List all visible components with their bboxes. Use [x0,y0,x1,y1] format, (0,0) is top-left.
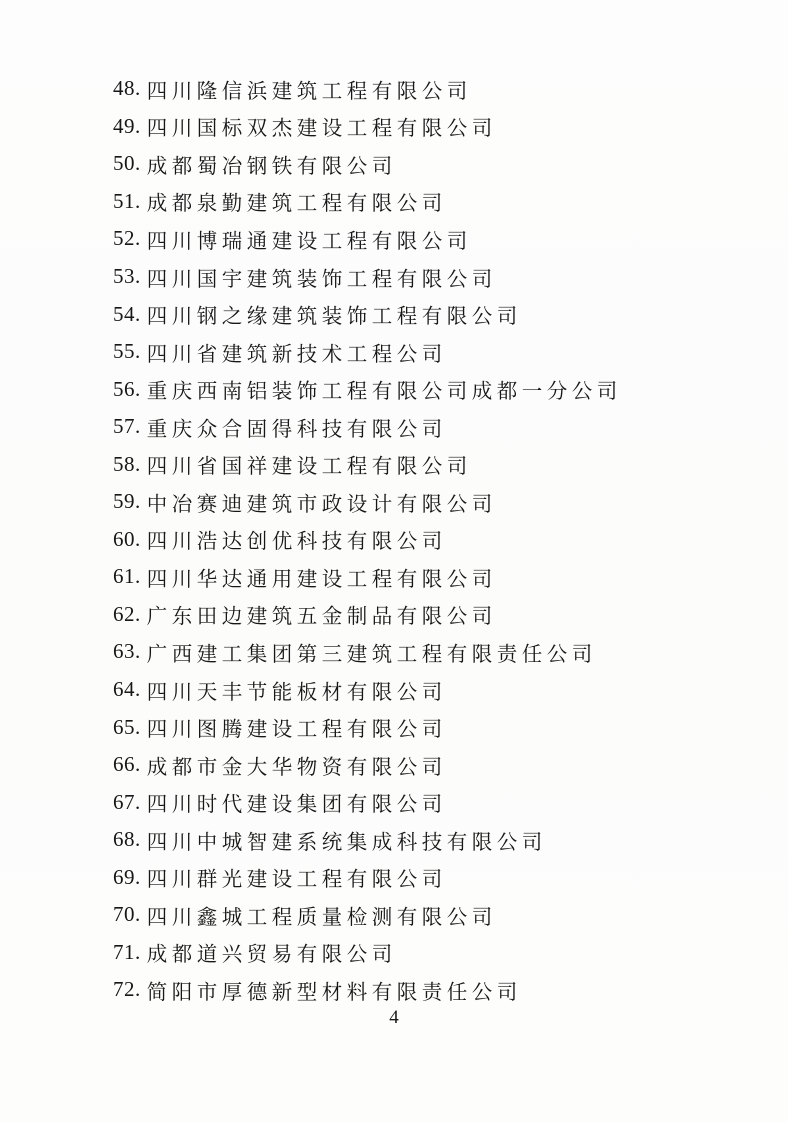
item-number: 55. [113,339,141,364]
list-item: 60. 四川浩达创优科技有限公司 [113,521,768,559]
item-number: 61. [113,564,141,589]
list-item: 66. 成都市金大华物资有限公司 [113,746,768,784]
company-name: 中冶赛迪建筑市政设计有限公司 [147,487,497,517]
list-item: 49. 四川国标双杰建设工程有限公司 [113,108,768,146]
item-number: 59. [113,489,141,514]
item-number: 57. [113,414,141,439]
list-item: 64. 四川天丰节能板材有限公司 [113,671,768,709]
list-item: 56. 重庆西南铝装饰工程有限公司成都一分公司 [113,370,768,408]
company-name: 成都市金大华物资有限公司 [147,750,447,780]
company-name: 四川鑫城工程质量检测有限公司 [147,900,497,930]
page-number: 4 [0,1007,788,1029]
company-name: 成都泉勤建筑工程有限公司 [147,186,447,216]
list-item: 50. 成都蜀冶钢铁有限公司 [113,145,768,183]
item-number: 69. [113,865,141,890]
list-item: 62. 广东田边建筑五金制品有限公司 [113,596,768,634]
list-item: 57. 重庆众合固得科技有限公司 [113,408,768,446]
item-number: 50. [113,151,141,176]
company-name: 成都道兴贸易有限公司 [147,937,397,967]
item-number: 72. [113,977,141,1002]
company-name: 四川浩达创优科技有限公司 [147,524,447,554]
item-number: 51. [113,189,141,214]
list-item: 52. 四川博瑞通建设工程有限公司 [113,220,768,258]
company-name: 四川国宇建筑装饰工程有限公司 [147,262,497,292]
company-name: 四川中城智建系统集成科技有限公司 [147,825,547,855]
item-number: 67. [113,790,141,815]
item-number: 52. [113,226,141,251]
item-number: 49. [113,114,141,139]
company-name: 四川省国祥建设工程有限公司 [147,449,472,479]
item-number: 62. [113,602,141,627]
company-name: 简阳市厚德新型材料有限责任公司 [147,975,522,1005]
company-name: 重庆众合固得科技有限公司 [147,412,447,442]
company-name: 四川钢之缘建筑装饰工程有限公司 [147,299,522,329]
list-item: 70. 四川鑫城工程质量检测有限公司 [113,896,768,934]
company-list: 48. 四川隆信浜建筑工程有限公司 49. 四川国标双杰建设工程有限公司 50.… [113,70,768,1009]
item-number: 63. [113,639,141,664]
list-item: 59. 中冶赛迪建筑市政设计有限公司 [113,483,768,521]
company-name: 四川华达通用建设工程有限公司 [147,562,497,592]
item-number: 60. [113,527,141,552]
company-name: 四川隆信浜建筑工程有限公司 [147,74,472,104]
list-item: 61. 四川华达通用建设工程有限公司 [113,558,768,596]
list-item: 65. 四川图腾建设工程有限公司 [113,708,768,746]
list-item: 53. 四川国宇建筑装饰工程有限公司 [113,258,768,296]
company-name: 成都蜀冶钢铁有限公司 [147,149,397,179]
company-name: 四川时代建设集团有限公司 [147,787,447,817]
company-name: 广西建工集团第三建筑工程有限责任公司 [147,637,597,667]
list-item: 54. 四川钢之缘建筑装饰工程有限公司 [113,295,768,333]
list-item: 71. 成都道兴贸易有限公司 [113,934,768,972]
list-item: 67. 四川时代建设集团有限公司 [113,783,768,821]
item-number: 64. [113,677,141,702]
item-number: 66. [113,752,141,777]
list-item: 51. 成都泉勤建筑工程有限公司 [113,183,768,221]
list-item: 55. 四川省建筑新技术工程公司 [113,333,768,371]
item-number: 71. [113,940,141,965]
list-item: 72. 简阳市厚德新型材料有限责任公司 [113,971,768,1009]
company-name: 四川群光建设工程有限公司 [147,862,447,892]
item-number: 53. [113,264,141,289]
item-number: 56. [113,377,141,402]
item-number: 58. [113,452,141,477]
list-item: 69. 四川群光建设工程有限公司 [113,858,768,896]
list-item: 68. 四川中城智建系统集成科技有限公司 [113,821,768,859]
company-name: 广东田边建筑五金制品有限公司 [147,599,497,629]
company-name: 四川省建筑新技术工程公司 [147,337,447,367]
item-number: 54. [113,302,141,327]
item-number: 68. [113,827,141,852]
list-item: 58. 四川省国祥建设工程有限公司 [113,445,768,483]
company-name: 重庆西南铝装饰工程有限公司成都一分公司 [147,374,622,404]
company-name: 四川博瑞通建设工程有限公司 [147,224,472,254]
company-name: 四川国标双杰建设工程有限公司 [147,111,497,141]
document-page: 48. 四川隆信浜建筑工程有限公司 49. 四川国标双杰建设工程有限公司 50.… [0,0,788,1122]
list-item: 48. 四川隆信浜建筑工程有限公司 [113,70,768,108]
company-name: 四川天丰节能板材有限公司 [147,675,447,705]
item-number: 48. [113,76,141,101]
list-item: 63. 广西建工集团第三建筑工程有限责任公司 [113,633,768,671]
item-number: 65. [113,715,141,740]
company-name: 四川图腾建设工程有限公司 [147,712,447,742]
item-number: 70. [113,902,141,927]
